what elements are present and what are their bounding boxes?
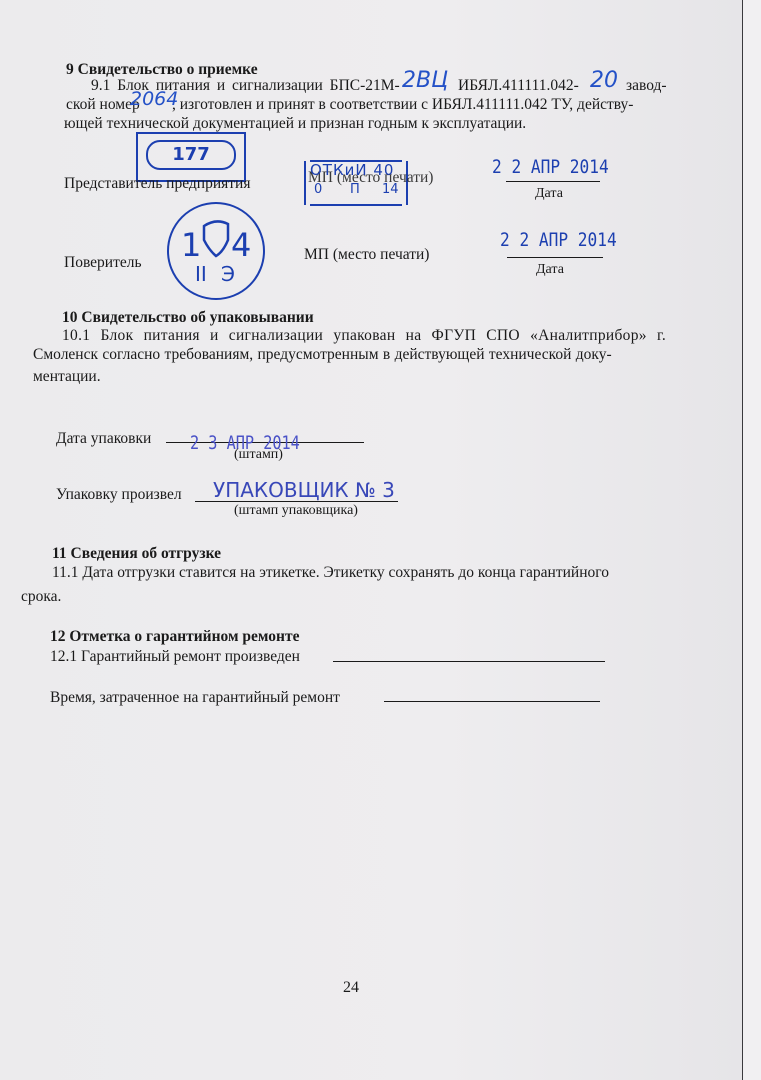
otk-stamp-code-a: 0 (314, 182, 322, 197)
section-9-text: , изготовлен и принят в соответствии с И… (172, 96, 633, 114)
date-label-2: Дата (536, 262, 564, 278)
rep-label: Представитель предприятия (64, 175, 250, 193)
otk-stamp-code-c: 14 (382, 182, 399, 197)
packer-stamp: УПАКОВЩИК № 3 (213, 478, 395, 502)
otk-stamp-line-1: ОТКиИ 40 (310, 161, 394, 179)
verifier-stamp-bottom-right: Э (221, 262, 235, 286)
handwritten-model: 2ВЦ (402, 68, 448, 93)
date-label-1: Дата (535, 186, 563, 202)
shield-icon (201, 218, 231, 258)
section-11-title: 11 Сведения об отгрузке (52, 545, 221, 563)
section-10-line-1: 10.1 Блок питания и сигнализации упакова… (62, 327, 666, 345)
otk-stamp-code-b: П (350, 182, 360, 197)
verifier-label: Поверитель (64, 254, 142, 272)
section-9-text: завод- (626, 77, 667, 95)
verifier-stamp-right: 4 (231, 226, 251, 264)
section-11-line-1: 11.1 Дата отгрузки ставится на этикетке.… (52, 564, 609, 582)
adjacent-page-edge (743, 0, 761, 1080)
mp-label-2: МП (место печати) (304, 246, 429, 264)
section-9-text: ИБЯЛ.411111.042- (458, 77, 579, 95)
document-page: 9 Свидетельство о приемке 9.1 Блок питан… (0, 0, 743, 1080)
section-12-line-1: 12.1 Гарантийный ремонт произведен (50, 648, 300, 666)
verifier-stamp: 1 4 II Э (167, 202, 265, 300)
section-12-title: 12 Отметка о гарантийном ремонте (50, 628, 299, 646)
section-11-line-2: срока. (21, 588, 61, 606)
section-10-line-2: Смоленск согласно требованиям, предусмот… (33, 346, 612, 364)
section-10-title: 10 Свидетельство об упаковывании (62, 309, 314, 327)
verifier-stamp-left: 1 (181, 226, 201, 264)
section-9-text: ющей технической документацией и признан… (64, 115, 526, 133)
packer-caption: (штамп упаковщика) (234, 503, 358, 519)
date-stamp-1: 2 2 АПР 2014 (492, 156, 609, 178)
section-12-line-2: Время, затраченное на гарантийный ремонт (50, 689, 340, 707)
verifier-stamp-bottom-left: II (195, 262, 207, 286)
handwritten-variant: 20 (590, 68, 618, 93)
pack-date-caption: (штамп) (234, 447, 283, 463)
date-stamp-2: 2 2 АПР 2014 (500, 229, 617, 251)
page-number: 24 (343, 979, 359, 997)
section-9-text: ской номер (66, 96, 140, 114)
rep-stamp-number: 177 (146, 140, 236, 170)
pack-date-label: Дата упаковки (56, 430, 151, 448)
section-10-line-3: ментации. (33, 368, 101, 386)
packer-label: Упаковку произвел (56, 486, 182, 504)
